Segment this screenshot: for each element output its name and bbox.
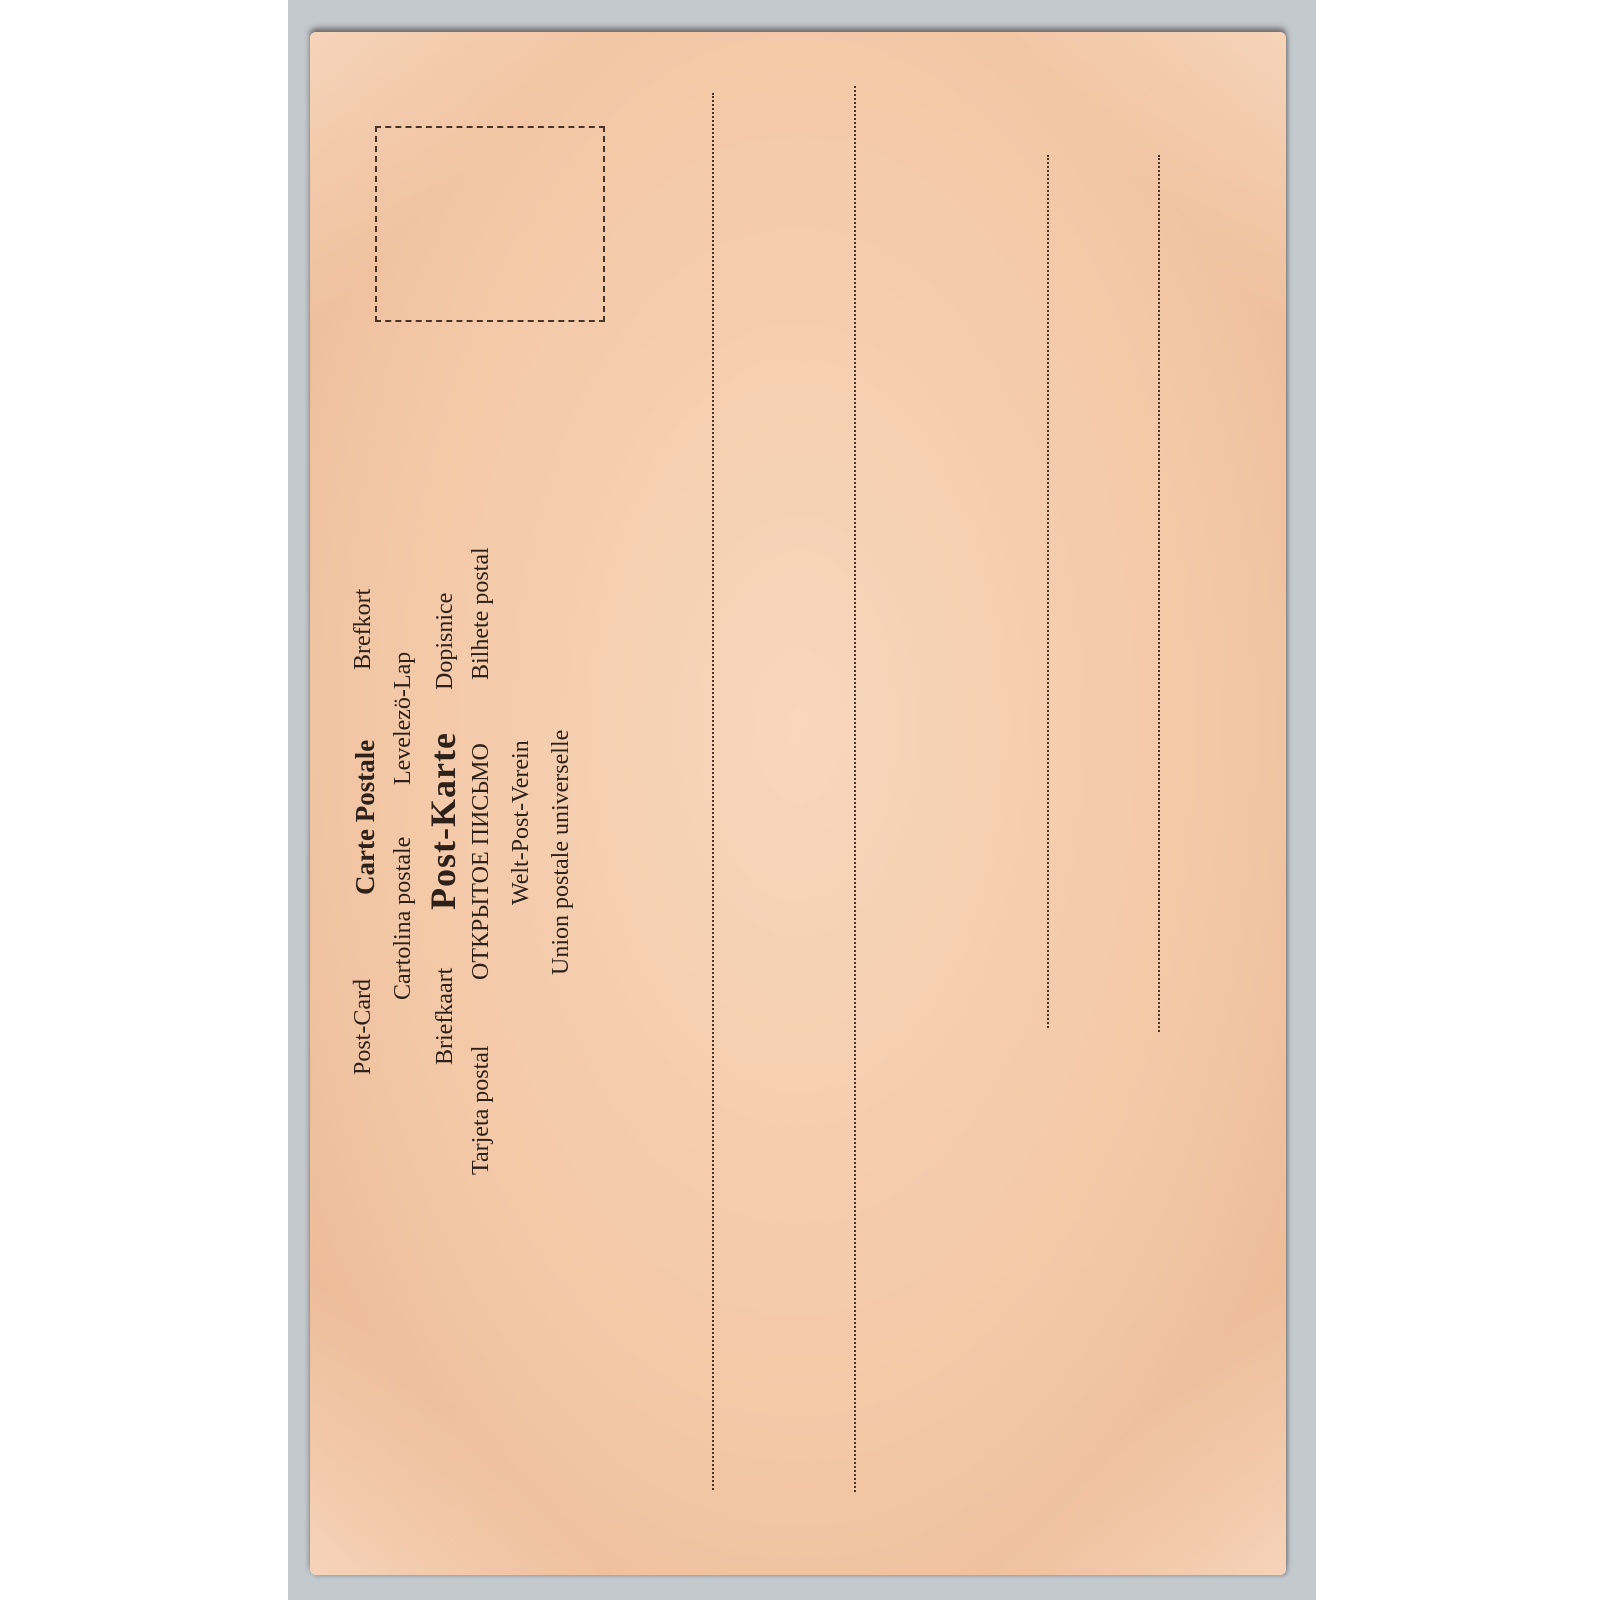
heading-text: Welt-Post-Verein xyxy=(508,740,535,905)
address-line xyxy=(1047,155,1049,1028)
heading-text: Post-Karte xyxy=(422,732,464,910)
heading-text: Brefkort xyxy=(350,589,377,670)
message-divider-line xyxy=(712,93,714,1490)
heading-text: Levelezö-Lap xyxy=(390,652,417,785)
heading-text: Dopisnice xyxy=(432,593,459,690)
heading-text: Bilhete postal xyxy=(468,547,495,680)
heading-text: Tarjeta postal xyxy=(468,1045,495,1175)
heading-text: Cartolina postale xyxy=(390,837,417,1000)
heading-text: Carte Postale xyxy=(350,740,381,895)
address-line xyxy=(854,86,856,1492)
heading-text: Briefkaart xyxy=(432,968,459,1065)
address-line xyxy=(1158,155,1160,1032)
heading-text: ОТКРЫТОЕ ПИСЬМО xyxy=(468,743,495,980)
postcard-heading: Post-Card Carte Postale Brefkort Cartoli… xyxy=(340,360,600,1080)
heading-text: Union postale universelle xyxy=(548,730,575,975)
stamp-box xyxy=(375,126,605,322)
heading-text: Post-Card xyxy=(350,979,377,1075)
